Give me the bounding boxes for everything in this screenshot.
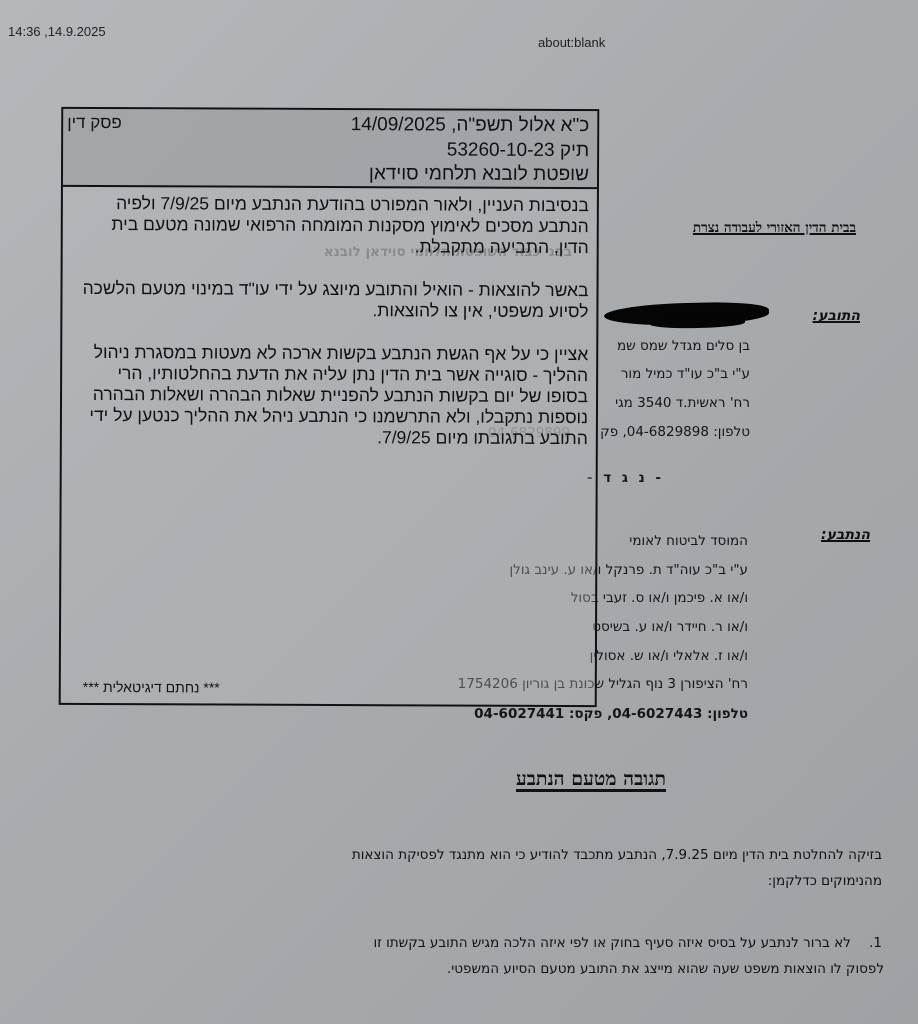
print-url: about:blank [538, 35, 605, 50]
decision-header: כ"א אלול תשפ"ה, 14/09/2025 תיק 53260-10-… [63, 109, 597, 189]
defendant-line-5: ו/או ז. אלאלי ו/או ש. אסולין [590, 648, 748, 664]
intro-paragraph: בזיקה להחלטת בית הדין מיום 7.9.25, הנתבע… [222, 842, 882, 894]
defendant-phone-line: טלפון: 04-6027443, פקס: 04-6027441 [474, 706, 748, 722]
numbered-item-line-2: לפסוק לו הוצאות משפט שעה שהוא מייצג את ה… [222, 956, 884, 982]
decision-paragraph-1: בנסיבות העניין, ולאור המפורט בהודעת הנתב… [77, 193, 589, 258]
response-title: תגובה מטעם הנתבע [516, 768, 666, 791]
numbered-item-1: 1. לא ברור לנתבע על בסיס איזה סעיף בחוק … [222, 930, 882, 982]
plaintiff-line-4: טלפון: 04-6829898, פק [600, 424, 750, 440]
decision-body: בנסיבות העניין, ולאור המפורט בהודעת הנתב… [76, 193, 589, 471]
item-number: 1. [869, 935, 882, 951]
plaintiff-line-3: רח' ראשית.ד 3540 מגי [615, 395, 750, 411]
plaintiff-line-1: בן סלים מגדל שמס שמ [617, 338, 750, 354]
plaintiff-line-2: ע"י ב"כ עו"ד כמיל מור [621, 366, 750, 382]
decision-paragraph-3: אציין כי על אף הגשת הנתבע בקשות ארכה לא … [76, 342, 588, 449]
defendant-label: הנתבע: [821, 527, 870, 543]
court-decision-box: כ"א אלול תשפ"ה, 14/09/2025 תיק 53260-10-… [59, 107, 600, 707]
court-name: בבית הדין האזורי לעבודה נצרת [693, 220, 856, 236]
decision-date: כ"א אלול תשפ"ה, 14/09/2025 [351, 114, 590, 137]
intro-line-2: מהנימוקים כדלקמן: [222, 868, 882, 894]
numbered-item-line-1: 1. לא ברור לנתבע על בסיס איזה סעיף בחוק … [222, 930, 882, 956]
defendant-line-3: ו/או א. פיכמן ו/או ס. זעבי בסול [571, 590, 748, 606]
case-number: תיק 53260-10-23 [447, 140, 589, 163]
document-type: פסק דין [67, 113, 122, 133]
digital-signature-note: *** נחתם דיגיטאלית *** [83, 679, 220, 696]
print-datetime: 14:36 ,14.9.2025 [8, 24, 106, 39]
defendant-line-1: המוסד לביטוח לאומי [629, 533, 748, 549]
defendant-line-4: ו/או ר. חיידר ו/או ע. בשיסט [592, 619, 748, 635]
decision-paragraph-2: באשר להוצאות - הואיל והתובע מיוצג על ידי… [76, 278, 588, 322]
judge-name: שופטת לובנא תלחמי סוידאן [369, 163, 589, 186]
plaintiff-label: התובע: [813, 308, 860, 324]
intro-line-1: בזיקה להחלטת בית הדין מיום 7.9.25, הנתבע… [222, 842, 882, 868]
versus-label: - נ ג ד - [587, 470, 664, 486]
item-text: לא ברור לנתבע על בסיס איזה סעיף בחוק או … [373, 935, 850, 951]
